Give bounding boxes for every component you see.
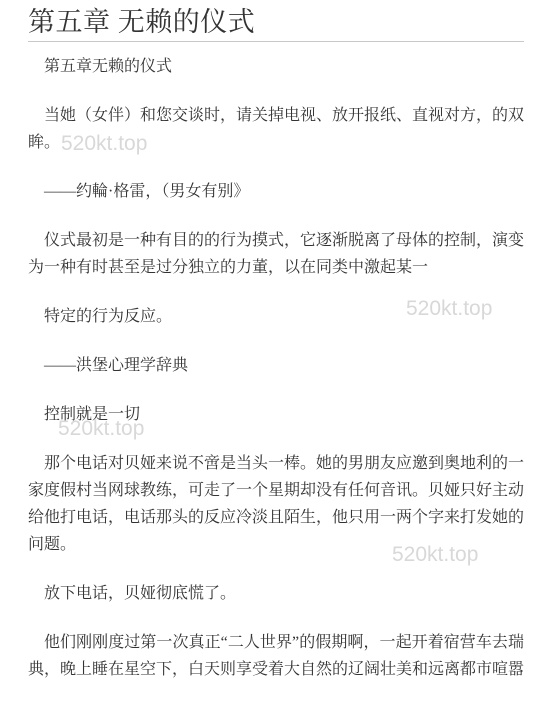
epigraph-quote-2: 仪式最初是一种有目的的行为摸式，它逐渐脱离了母体的控制，演变为一种有时甚至是过分… (28, 227, 524, 281)
chapter-title: 第五章 无赖的仪式 (28, 6, 524, 38)
chapter-title-repeat: 第五章无赖的仪式 (28, 53, 524, 80)
story-paragraph-2: 放下电话，贝娅彻底慌了。 (28, 580, 524, 607)
epigraph-quote-1: 当她（女伴）和您交谈时，请关掉电视、放开报纸、直视对方，的双眸。 (28, 102, 524, 156)
section-heading: 控制就是一切 (28, 401, 524, 428)
story-paragraph-3: 他们刚刚度过第一次真正“二人世界”的假期啊，一起开着宿营车去瑞典，晚上睡在星空下… (28, 629, 524, 683)
epigraph-quote-2-continued: 特定的行为反应。 (28, 303, 524, 330)
epigraph-quote-1-attribution: ——约輪·格雷，（男女有别》 (28, 178, 524, 205)
epigraph-quote-2-attribution: ——洪堡心理学辞典 (28, 352, 524, 379)
book-page: 第五章 无赖的仪式 第五章无赖的仪式 当她（女伴）和您交谈时，请关掉电视、放开报… (0, 0, 550, 703)
story-paragraph-1: 那个电话对贝娅来说不啻是当头一棒。她的男朋友应邀到奥地利的一家度假村当网球教练，… (28, 450, 524, 558)
title-divider (28, 41, 524, 42)
